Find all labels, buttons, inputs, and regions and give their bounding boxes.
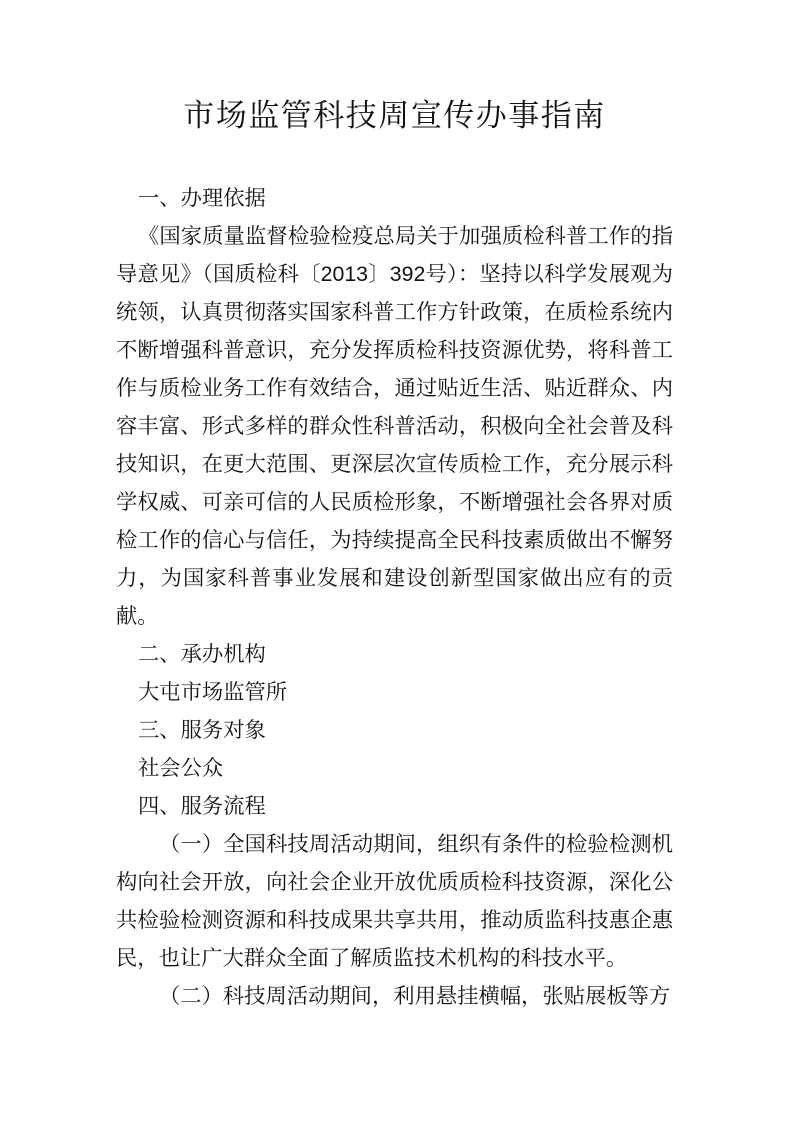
- section-heading-undertaking-agency: 二、承办机构: [116, 635, 673, 673]
- document-page: 市场监管科技周宣传办事指南 一、办理依据 《国家质量监督检验检疫总局关于加强质检…: [0, 0, 793, 1122]
- document-body: 一、办理依据 《国家质量监督检验检疫总局关于加强质检科普工作的指导意见》（国质检…: [116, 179, 673, 1015]
- section-heading-service-process: 四、服务流程: [116, 787, 673, 825]
- section-basis-paragraph: 《国家质量监督检验检疫总局关于加强质检科普工作的指导意见》（国质检科〔2013〕…: [116, 217, 673, 635]
- section-undertaking-agency-paragraph: 大屯市场监管所: [116, 673, 673, 711]
- section-service-process-paragraph-1: （一）全国科技周活动期间，组织有条件的检验检测机构向社会开放，向社会企业开放优质…: [116, 825, 673, 977]
- section-heading-service-target: 三、服务对象: [116, 711, 673, 749]
- section-service-target-paragraph: 社会公众: [116, 749, 673, 787]
- section-heading-basis: 一、办理依据: [116, 179, 673, 217]
- document-title: 市场监管科技周宣传办事指南: [116, 94, 673, 138]
- section-service-process-paragraph-2: （二）科技周活动期间，利用悬挂横幅，张贴展板等方: [116, 977, 673, 1015]
